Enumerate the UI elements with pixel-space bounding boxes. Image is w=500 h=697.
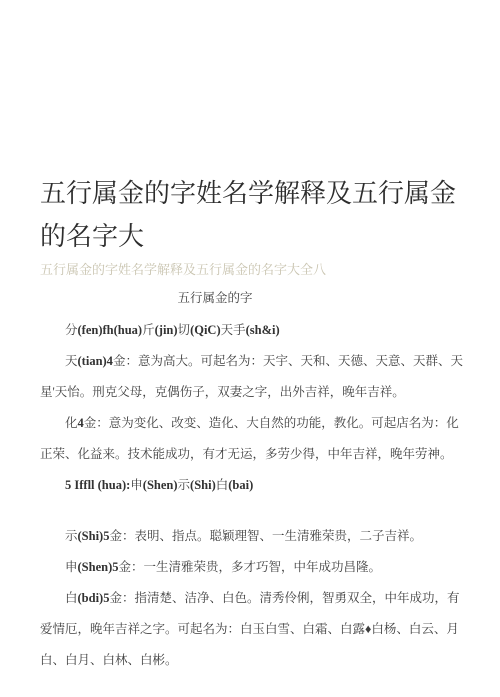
- para-shi-5-jin: 示(Shi)5金：表明、指点。聪颖理智、一生清雅荣贵，二子吉祥。: [40, 521, 464, 552]
- page-title-line2: 的名字大: [40, 222, 144, 251]
- document-page: 五行属金的字姓名学解释及五行属金的名字大 五行属金的字姓名学解释及五行属金的名字…: [0, 0, 500, 697]
- document-body: 分(fen)fh(hua)斤(jin)切(QiC)天手(sh&i) 天(tian…: [40, 315, 464, 676]
- page-subtitle: 五行属金的字姓名学解释及五行属金的名字大全八: [40, 261, 464, 279]
- para-pinyin-list: 分(fen)fh(hua)斤(jin)切(QiC)天手(sh&i): [40, 315, 464, 346]
- para-hua-4-jin: 化4金：意为变化、改变、造化、大自然的功能，教化。可起店名为：化正荣、化益来。技…: [40, 408, 464, 470]
- para-shen-5-jin: 申(Shen)5金：一生清雅荣贵，多才巧智，中年成功昌隆。: [40, 552, 464, 583]
- document-content: 五行属金的字姓名学解释及五行属金的名字大 五行属金的字姓名学解释及五行属金的名字…: [0, 172, 500, 676]
- para-bai-5-jin: 白(bdi)5金：指清楚、洁净、白色。清秀伶俐，智勇双全，中年成功，有爱情厄，晚…: [40, 583, 464, 676]
- para-hua-5-list: 5 Iffll (hua):申(Shen)示(Shi)白(bai): [40, 470, 464, 501]
- para-tian-4-jin: 天(tian)4金：意为高大。可起名为：天宇、天和、天德、天意、天群、天星'天怡…: [40, 346, 464, 408]
- section-heading: 五行属金的字: [40, 289, 464, 307]
- page-title-line1: 五行属金的字姓名学解释及五行属金: [40, 179, 456, 208]
- blank-line-spacer: [40, 501, 464, 521]
- page-title: 五行属金的字姓名学解释及五行属金的名字大: [40, 172, 464, 258]
